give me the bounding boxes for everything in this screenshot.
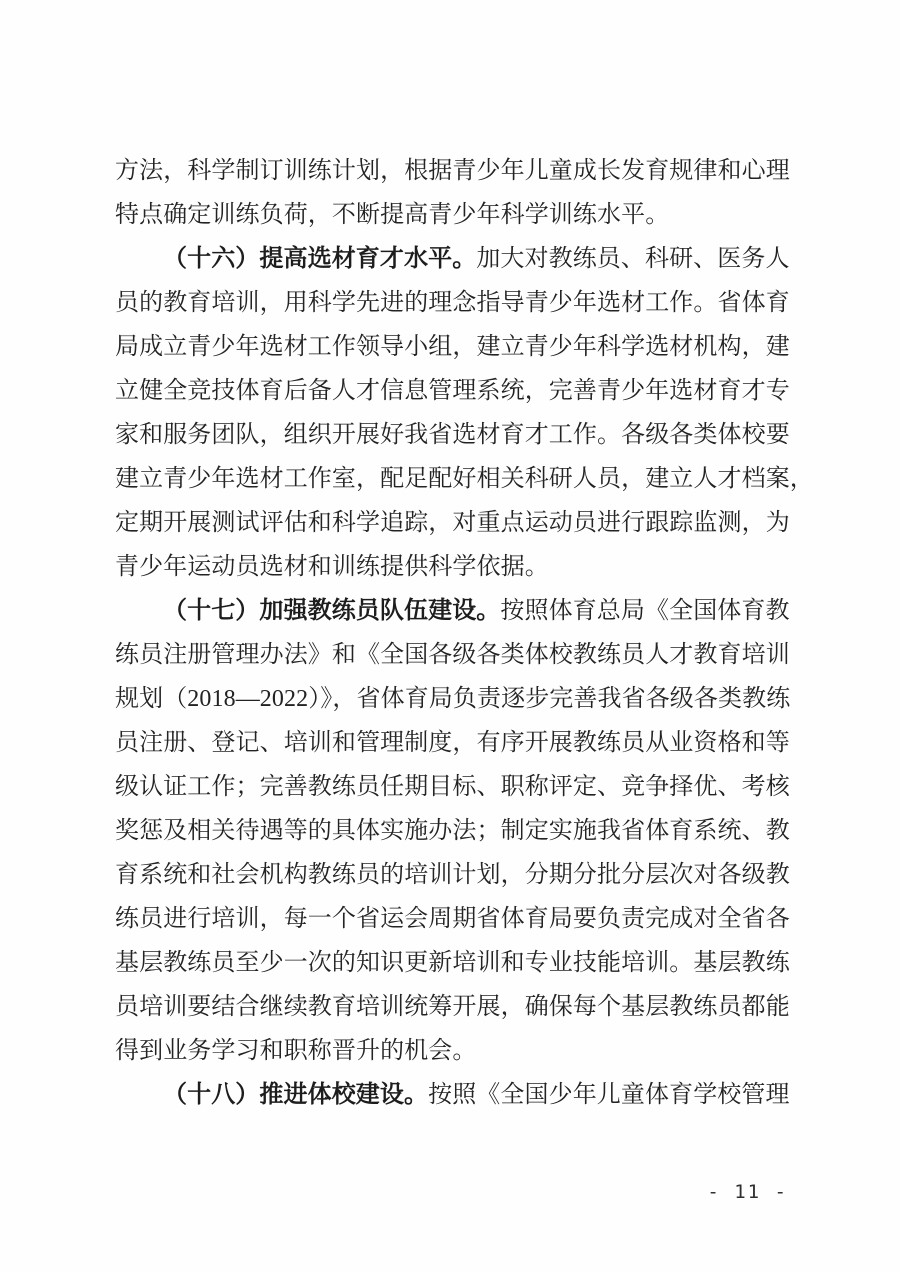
text-line: 青少年运动员选材和训练提供科学依据。	[115, 545, 791, 589]
text-line: 基层教练员至少一次的知识更新培训和专业技能培训。基层教练	[115, 941, 791, 985]
text-line: 规划（2018—2022）》，省体育局负责逐步完善我省各级各类教练	[115, 677, 791, 721]
document-body: 方法，科学制订训练计划，根据青少年儿童成长发育规律和心理特点确定训练负荷，不断提…	[115, 149, 791, 1117]
text-line: （十六）提高选材育才水平。加大对教练员、科研、医务人	[115, 237, 791, 281]
text-line: 局成立青少年选材工作领导小组，建立青少年科学选材机构，建	[115, 325, 791, 369]
text-line: 级认证工作；完善教练员任期目标、职称评定、竞争择优、考核	[115, 765, 791, 809]
text-line: 建立青少年选材工作室，配足配好相关科研人员，建立人才档案，	[115, 457, 791, 501]
document-page: 方法，科学制订训练计划，根据青少年儿童成长发育规律和心理特点确定训练负荷，不断提…	[0, 0, 900, 1272]
section-heading: （十八）推进体校建设。	[163, 1082, 428, 1108]
text-line: 定期开展测试评估和科学追踪，对重点运动员进行跟踪监测，为	[115, 501, 791, 545]
text-line: 立健全竞技体育后备人才信息管理系统，完善青少年选材育才专	[115, 369, 791, 413]
text-line: 员的教育培训，用科学先进的理念指导青少年选材工作。省体育	[115, 281, 791, 325]
text-line: 方法，科学制订训练计划，根据青少年儿童成长发育规律和心理	[115, 149, 791, 193]
text-line: 员培训要结合继续教育培训统筹开展，确保每个基层教练员都能	[115, 985, 791, 1029]
text-line: 特点确定训练负荷，不断提高青少年科学训练水平。	[115, 193, 791, 237]
section-heading: （十六）提高选材育才水平。	[163, 246, 476, 272]
text-line: （十七）加强教练员队伍建设。按照体育总局《全国体育教	[115, 589, 791, 633]
text-line: 家和服务团队，组织开展好我省选材育才工作。各级各类体校要	[115, 413, 791, 457]
section-heading: （十七）加强教练员队伍建设。	[163, 598, 500, 624]
text-line: 育系统和社会机构教练员的培训计划，分期分批分层次对各级教	[115, 853, 791, 897]
text-line: 员注册、登记、培训和管理制度，有序开展教练员从业资格和等	[115, 721, 791, 765]
text-line: 得到业务学习和职称晋升的机会。	[115, 1029, 791, 1073]
text-line: 奖惩及相关待遇等的具体实施办法；制定实施我省体育系统、教	[115, 809, 791, 853]
page-number: - 11 -	[707, 1181, 788, 1203]
text-line: （十八）推进体校建设。按照《全国少年儿童体育学校管理	[115, 1073, 791, 1117]
text-line: 练员注册管理办法》和《全国各级各类体校教练员人才教育培训	[115, 633, 791, 677]
text-line: 练员进行培训，每一个省运会周期省体育局要负责完成对全省各	[115, 897, 791, 941]
